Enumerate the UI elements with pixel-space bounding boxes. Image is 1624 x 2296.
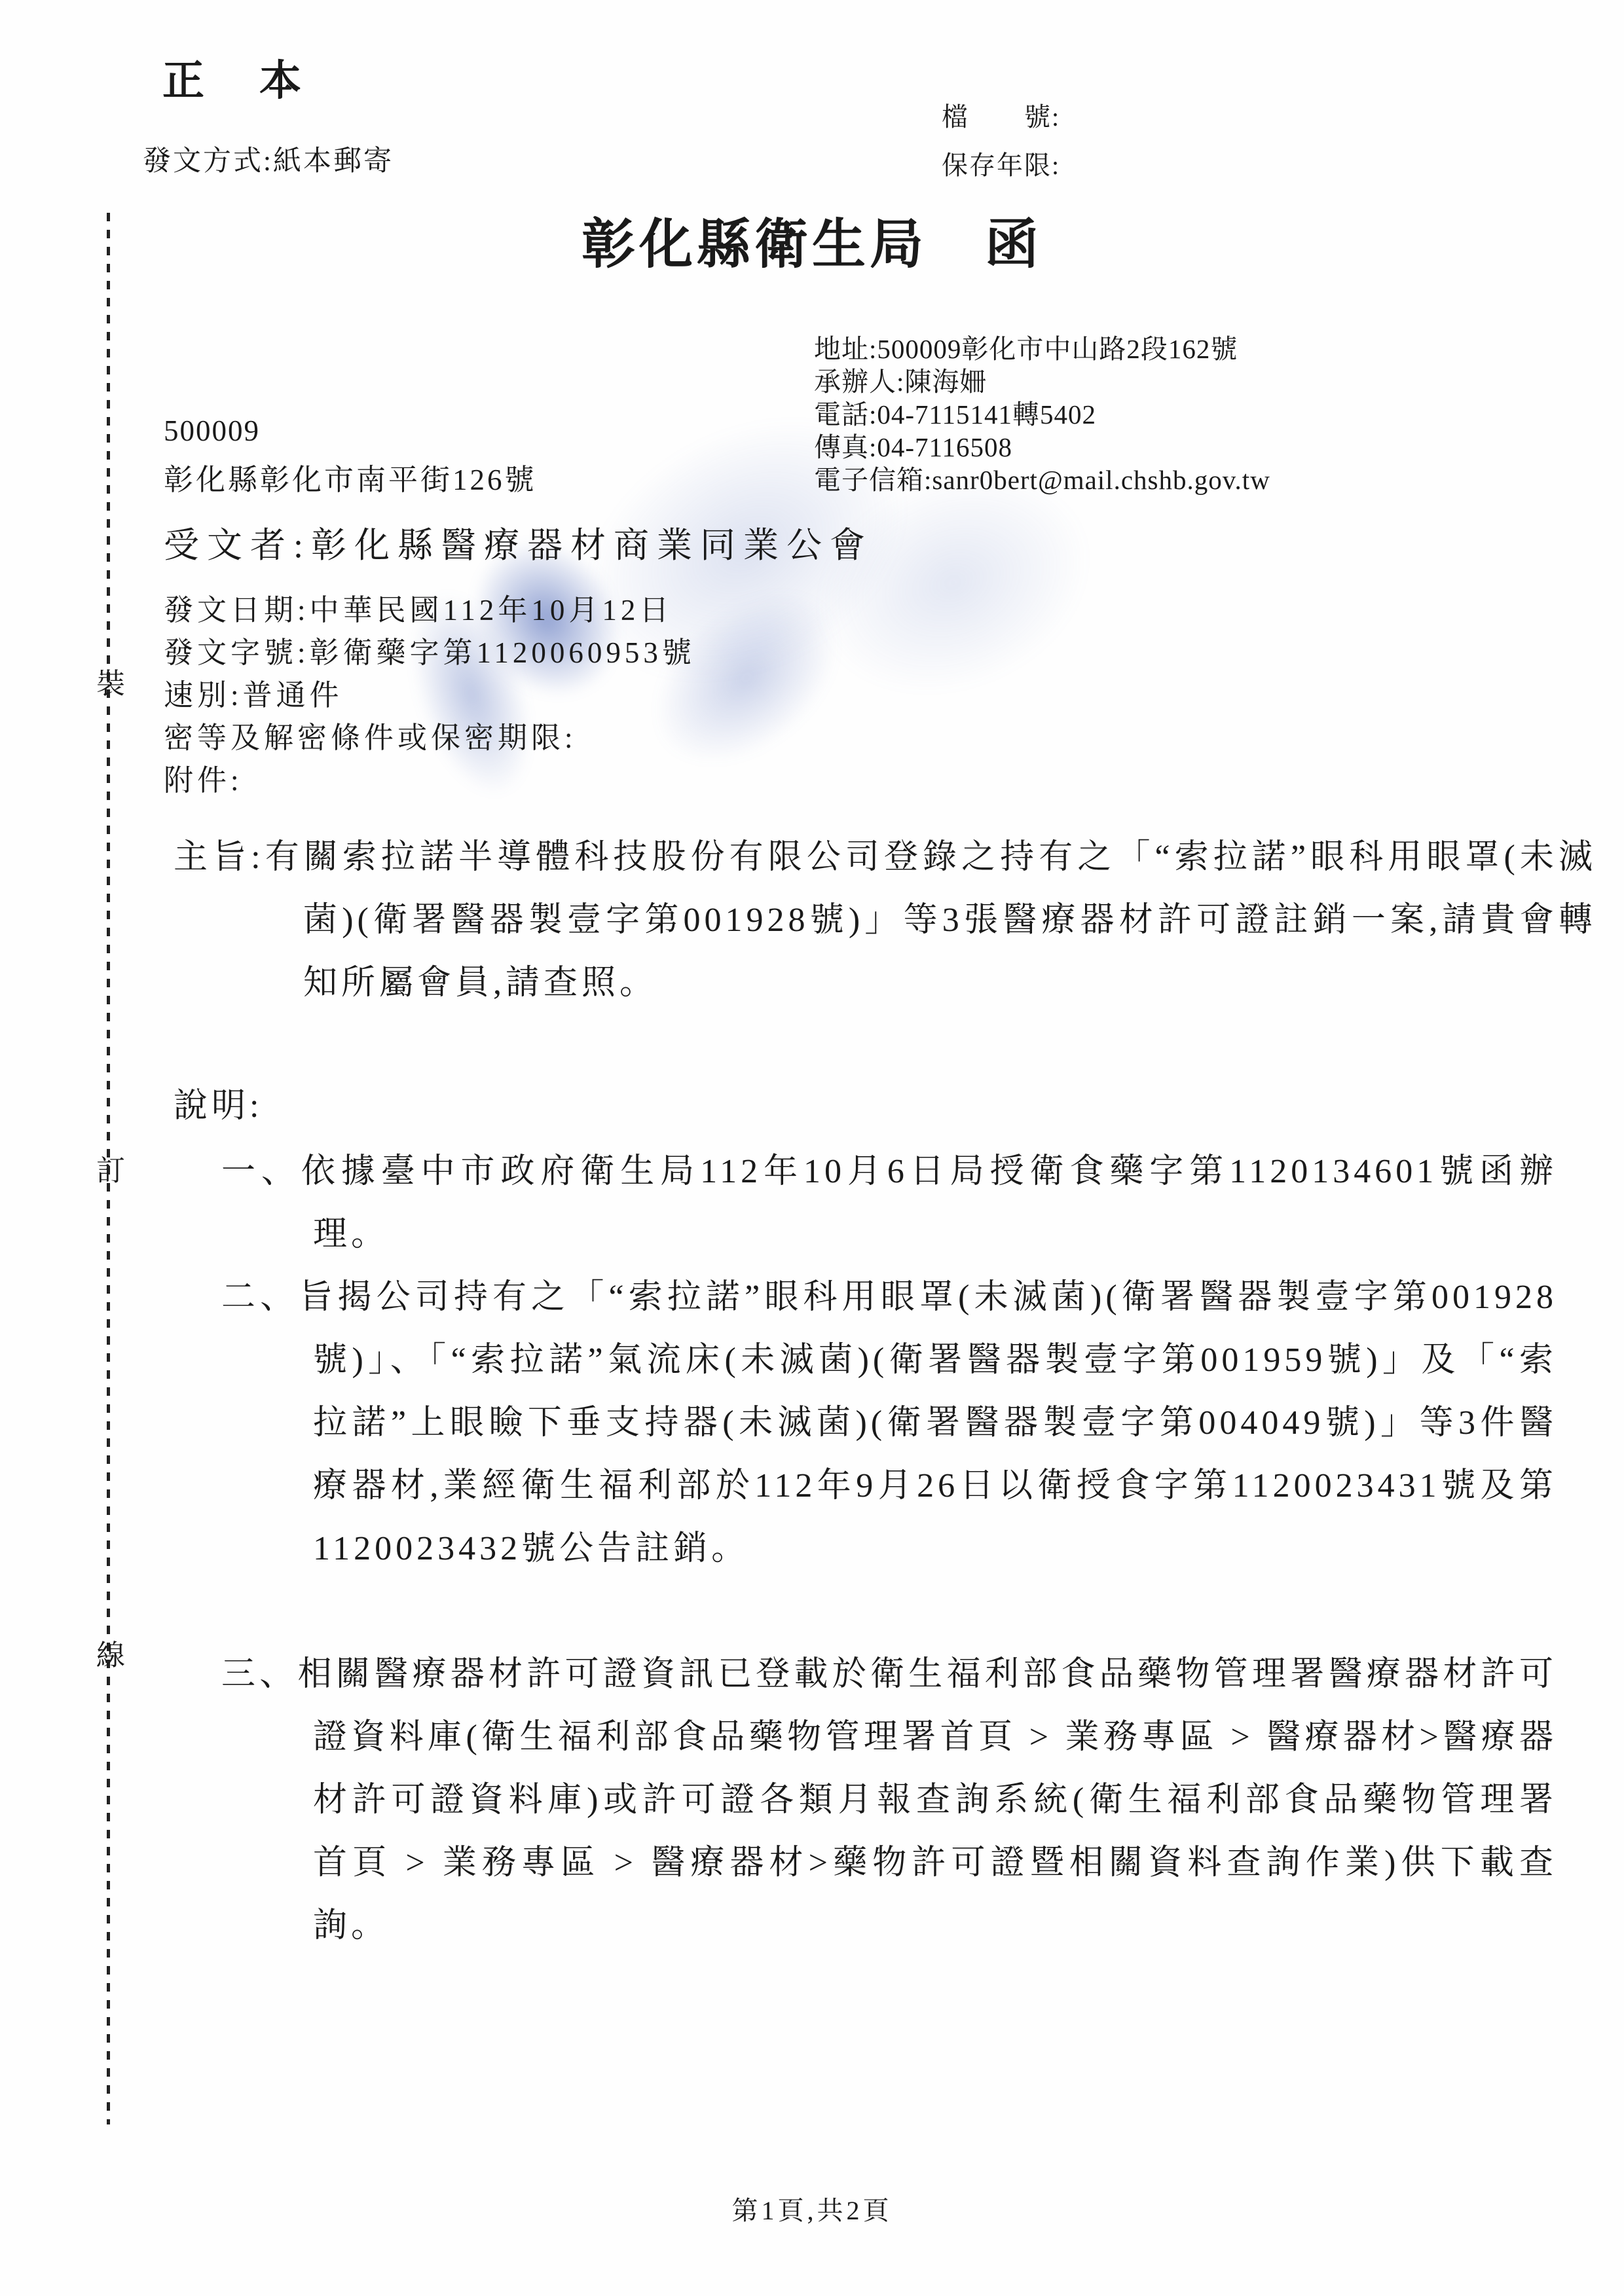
attachment-label: 附件: xyxy=(164,759,695,802)
recipient-line: 受文者:彰化縣醫療器材商業同業公會 xyxy=(164,517,873,568)
item-number: 二、 xyxy=(221,1279,299,1316)
archive-block: 檔 號: 保存年限: xyxy=(942,93,1060,190)
item-number: 一、 xyxy=(221,1153,301,1190)
recipient-zip: 500009 xyxy=(164,414,260,448)
subject-label: 主旨: xyxy=(174,839,265,876)
sender-contact-block: 地址:500009彰化市中山路2段162號 承辦人:陳海姍 電話:04-7115… xyxy=(814,333,1270,496)
item-text: 相關醫療器材許可證資訊已登載於衛生福利部食品藥物管理署醫療器材許可證資料庫(衛生… xyxy=(298,1656,1557,1944)
item-text: 依據臺中市政府衛生局112年10月6日局授衛食藥字第1120134601號函辦理… xyxy=(301,1153,1557,1253)
explanation-item: 二、旨揭公司持有之「“索拉諾”眼科用眼罩(未滅菌)(衛署醫器製壹字第001928… xyxy=(221,1266,1557,1580)
contact-phone: 電話:04-7115141轉5402 xyxy=(814,398,1270,431)
subject-paragraph: 主旨:有關索拉諾半導體科技股份有限公司登錄之持有之「“索拉諾”眼科用眼罩(未滅菌… xyxy=(174,826,1596,1015)
contact-email: 電子信箱:sanr0bert@mail.chshb.gov.tw xyxy=(814,464,1270,496)
binding-mark-zhuang: 裝 xyxy=(94,660,127,702)
contact-fax: 傳真:04-7116508 xyxy=(814,431,1270,464)
explanation-label: 說明: xyxy=(174,1078,263,1127)
recipient-address: 彰化縣彰化市南平街126號 xyxy=(164,456,537,498)
retention-period-label: 保存年限: xyxy=(942,141,1060,190)
page-number-footer: 第1頁,共2頁 xyxy=(0,2190,1624,2227)
binding-mark-xian: 線 xyxy=(94,1631,127,1673)
document-meta-block: 發文日期:中華民國112年10月12日 發文字號:彰衛藥字第1120060953… xyxy=(164,589,695,802)
document-page: 正 本 發文方式:紙本郵寄 檔 號: 保存年限: 彰化縣衛生局 函 地址:500… xyxy=(0,0,1624,2296)
file-number-label: 檔 號: xyxy=(942,93,1060,141)
issue-date: 發文日期:中華民國112年10月12日 xyxy=(164,589,695,632)
delivery-method: 發文方式:紙本郵寄 xyxy=(143,139,394,179)
issue-number: 發文字號:彰衛藥字第1120060953號 xyxy=(164,632,695,674)
speed-class: 速別:普通件 xyxy=(164,674,695,717)
explanation-item: 三、相關醫療器材許可證資訊已登載於衛生福利部食品藥物管理署醫療器材許可證資料庫(… xyxy=(221,1643,1557,1958)
item-text: 旨揭公司持有之「“索拉諾”眼科用眼罩(未滅菌)(衛署醫器製壹字第001928號)… xyxy=(299,1279,1557,1567)
binding-mark-ding: 訂 xyxy=(94,1147,127,1189)
contact-person: 承辦人:陳海姍 xyxy=(814,365,1270,398)
item-number: 三、 xyxy=(221,1656,298,1693)
document-title: 彰化縣衛生局 函 xyxy=(0,202,1624,278)
subject-text: 有關索拉諾半導體科技股份有限公司登錄之持有之「“索拉諾”眼科用眼罩(未滅菌)(衛… xyxy=(265,839,1596,1002)
security-class: 密等及解密條件或保密期限: xyxy=(164,717,695,759)
sender-address: 地址:500009彰化市中山路2段162號 xyxy=(814,333,1270,365)
explanation-item: 一、依據臺中市政府衛生局112年10月6日局授衛食藥字第1120134601號函… xyxy=(221,1140,1557,1266)
copy-type-label: 正 本 xyxy=(162,47,308,107)
